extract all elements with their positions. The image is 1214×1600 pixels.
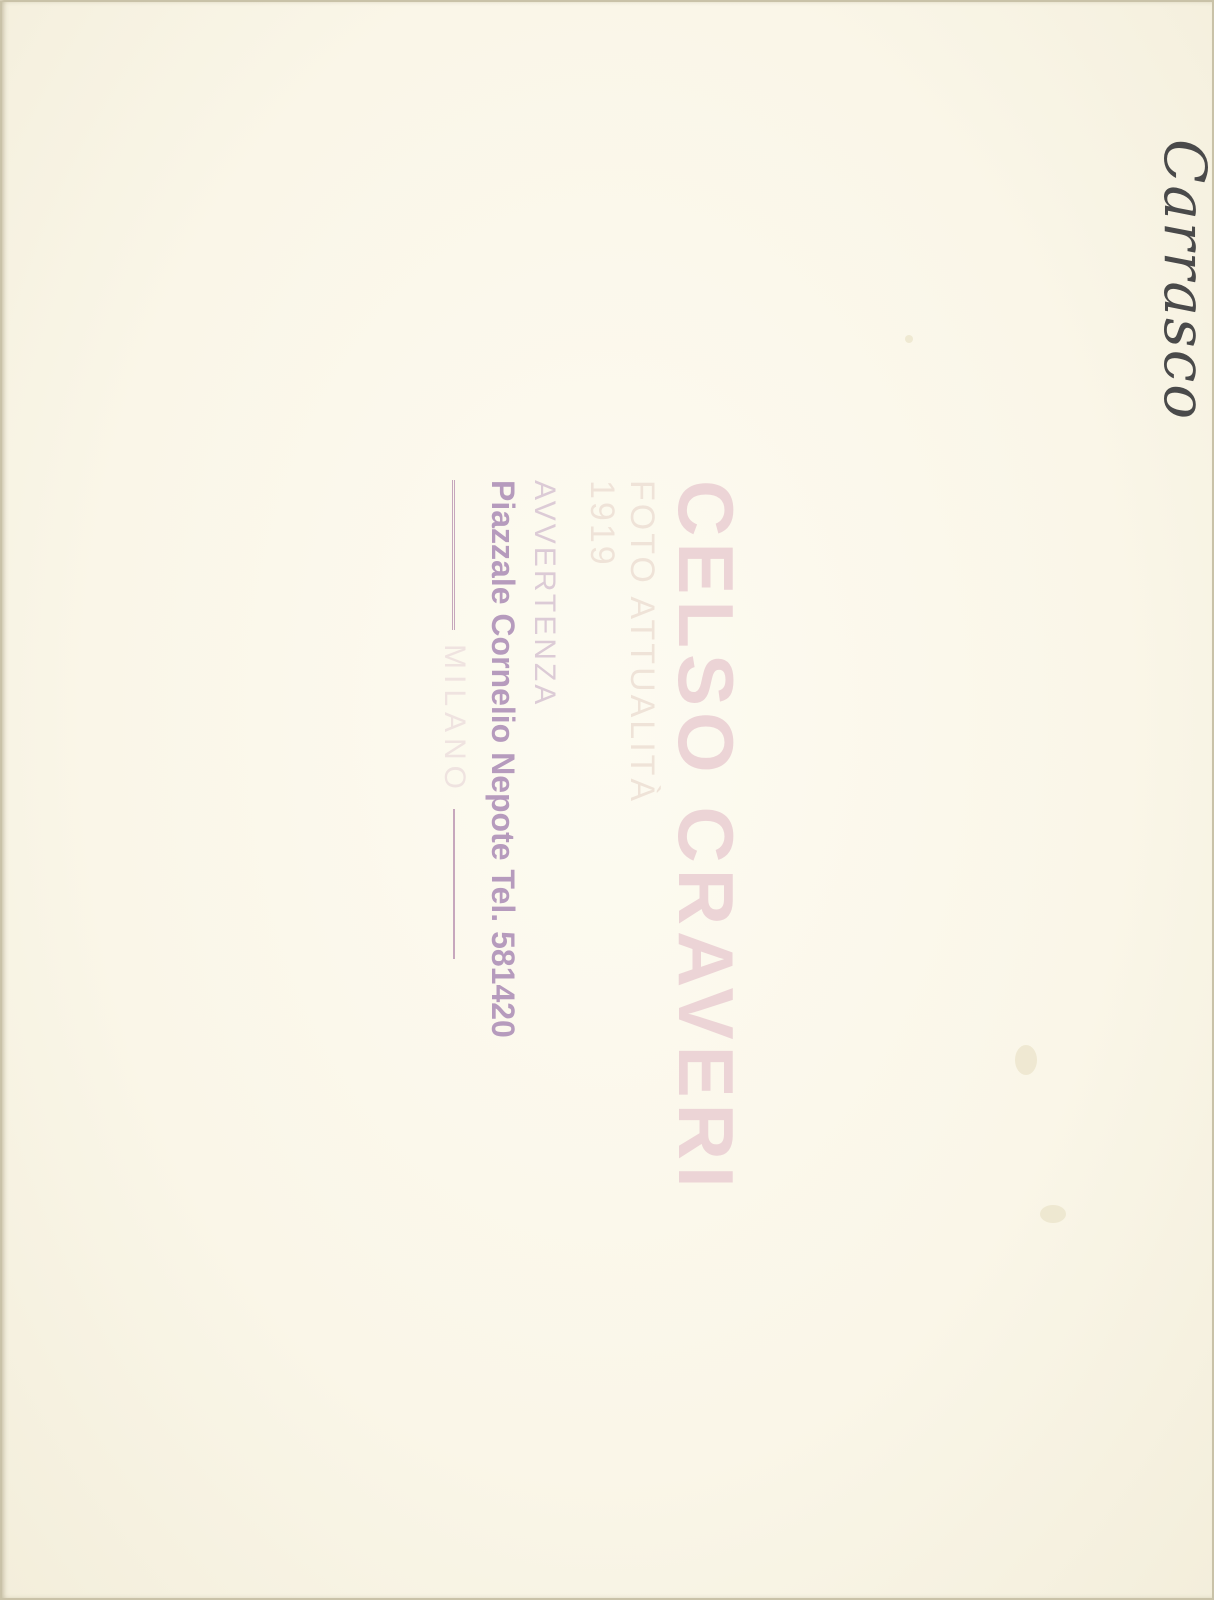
photographer-stamp: CELSO CRAVERI FOTO ATTUALITÀ 1919 AVVERT… (425, 480, 745, 1000)
paper-stain (1040, 1205, 1066, 1223)
paper-stain (905, 335, 913, 343)
stamp-notice: AVVERTENZA (529, 480, 559, 1000)
handwritten-name: Carrasco (1151, 139, 1214, 399)
corner-crease (0, 0, 165, 40)
stamp-studio-name: CELSO CRAVERI (667, 480, 745, 1000)
stamp-rule-left (453, 480, 456, 630)
stamp-subtitle: FOTO ATTUALITÀ (625, 480, 659, 1000)
stamp-year: 1919 (585, 480, 619, 1000)
stamp-rule-right (453, 809, 455, 959)
stamp-address: Piazzale Cornelio Nepote Tel. 581420 (487, 480, 519, 1000)
stamp-city-row: MILANO (439, 480, 469, 1000)
photo-back-paper: Carrasco CELSO CRAVERI FOTO ATTUALITÀ 19… (0, 0, 1214, 1600)
stamp-city: MILANO (439, 644, 469, 795)
paper-stain (1015, 1045, 1037, 1075)
